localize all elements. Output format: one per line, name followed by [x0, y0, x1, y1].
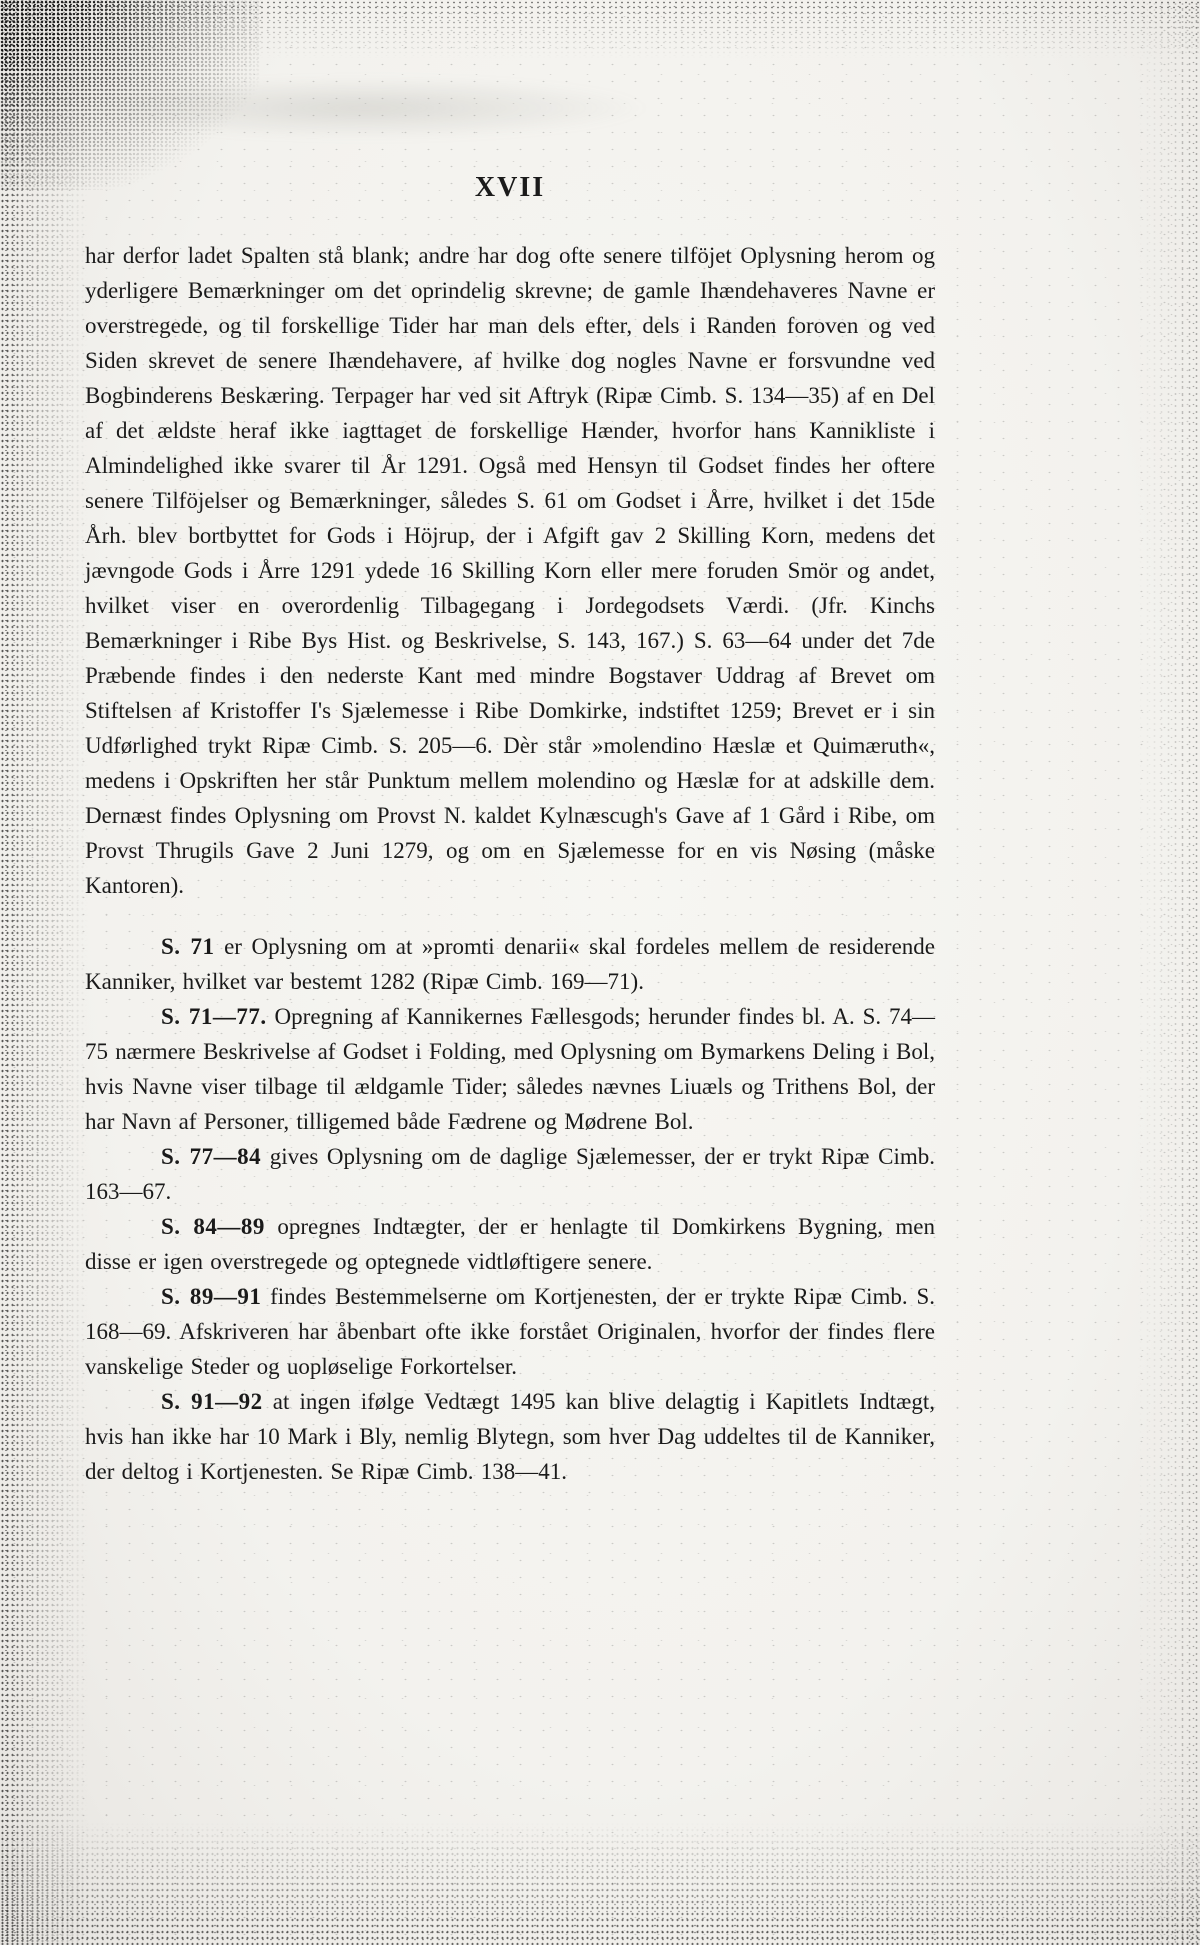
text-block: har derfor ladet Spalten stå blank; andr…: [85, 238, 935, 1489]
scan-noise-top-edge: [0, 0, 1200, 62]
paragraph: S. 84—89 opregnes Indtægter, der er henl…: [85, 1209, 935, 1279]
scanned-book-page: XVII har derfor ladet Spalten stå blank;…: [0, 0, 1200, 1945]
section-reference: S. 71: [161, 934, 215, 959]
section-reference: S. 91—92: [161, 1389, 263, 1414]
section-reference: S. 71—77.: [161, 1004, 267, 1029]
section-reference: S. 89—91: [161, 1284, 261, 1309]
scan-smudge: [85, 78, 645, 138]
section-reference: S. 77—84: [161, 1144, 261, 1169]
paragraph: S. 91—92 at ingen ifølge Vedtægt 1495 ka…: [85, 1384, 935, 1489]
page-number: XVII: [85, 172, 935, 204]
paragraph: S. 71—77. Opregning af Kannikernes Fælle…: [85, 999, 935, 1139]
scan-noise-bottom-band: [0, 1815, 1200, 1945]
paragraph: har derfor ladet Spalten stå blank; andr…: [85, 238, 935, 903]
section-reference: S. 84—89: [161, 1214, 265, 1239]
scan-noise-right-edge: [1130, 0, 1200, 1945]
paragraph: S. 77—84 gives Oplysning om de daglige S…: [85, 1139, 935, 1209]
paragraph: S. 71 er Oplysning om at »promti denarii…: [85, 929, 935, 999]
scan-noise-top-left-corner: [0, 0, 260, 190]
paragraph: S. 89—91 findes Bestemmelserne om Kortje…: [85, 1279, 935, 1384]
